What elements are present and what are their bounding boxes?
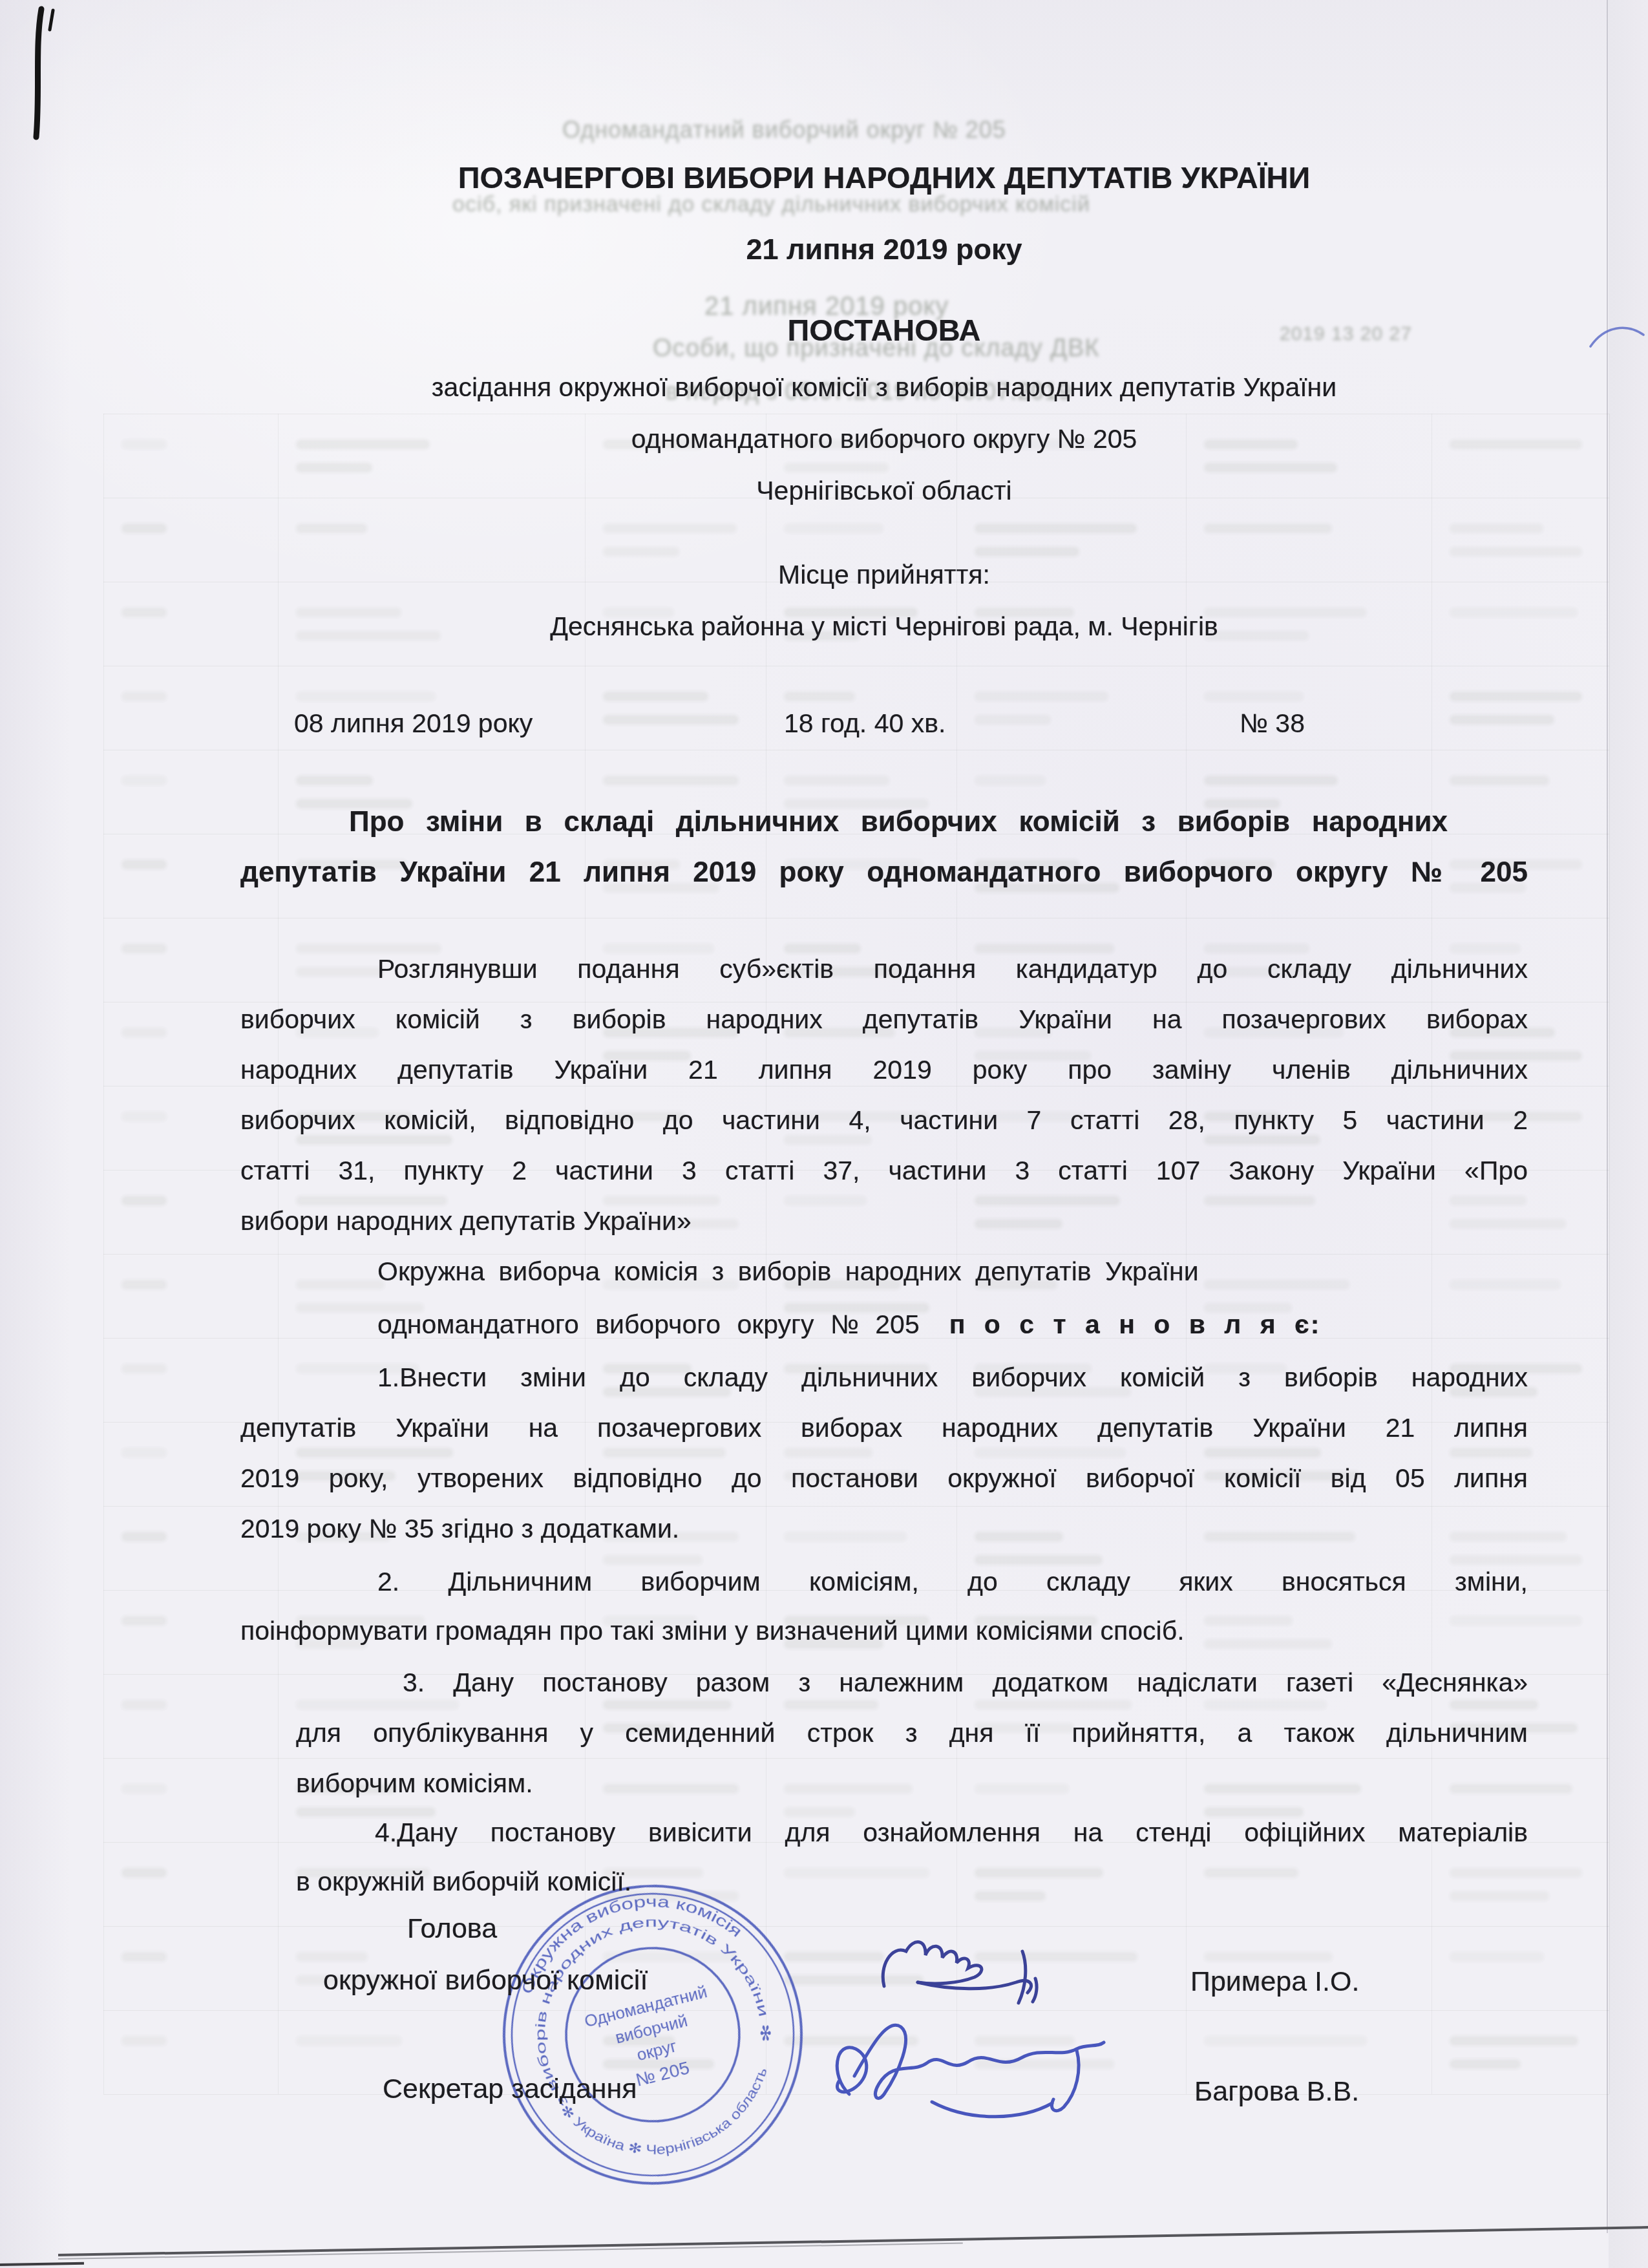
bleedthrough-smudge	[121, 1700, 167, 1710]
bleedthrough-smudge	[1204, 1135, 1320, 1145]
bleedthrough-smudge	[784, 524, 883, 533]
paper-bottom-edge	[58, 2226, 1648, 2256]
bleedthrough-smudge	[603, 524, 737, 533]
bleedthrough-smudge	[1450, 1952, 1544, 1962]
body-line: депутатів України на позачергових вибора…	[240, 1413, 1528, 1444]
bleedthrough-smudge	[603, 944, 714, 953]
bleedthrough-smudge	[975, 944, 1114, 953]
bleedthrough-smudge	[784, 692, 855, 701]
secretary-signature	[816, 1998, 1152, 2128]
bleedthrough-smudge	[1450, 2036, 1578, 2046]
meeting-time: 18 год. 40 хв.	[784, 708, 945, 739]
bleedthrough-smudge	[1450, 2059, 1521, 2069]
bleedthrough-smudge	[1204, 1807, 1304, 1817]
bleedthrough-smudge	[121, 524, 167, 533]
bleedthrough-smudge	[1450, 1448, 1532, 1457]
bleedthrough-smudge	[784, 1196, 867, 1205]
body-line: народних депутатів України 21 липня 2019…	[240, 1055, 1528, 1086]
bleedthrough-row-line	[103, 1758, 1609, 1759]
bleedthrough-smudge	[784, 463, 889, 472]
bleedthrough-smudge	[975, 776, 1046, 785]
bleedthrough-smudge	[121, 860, 167, 869]
bleedthrough-row-line	[103, 1086, 1609, 1086]
bleedthrough-smudge	[296, 944, 441, 953]
bleedthrough-column-line	[278, 414, 279, 2094]
bleedthrough-smudge	[784, 776, 889, 785]
bleedthrough-row-line	[103, 1506, 1609, 1507]
session-line-1: засідання окружної виборчої комісії з ви…	[240, 372, 1528, 403]
body-line: вибори народних депутатів України»	[240, 1206, 1528, 1237]
bleedthrough-row-line	[103, 1926, 1609, 1927]
ink-mark-top-left	[25, 5, 70, 144]
body-line: 2019 року, утворених відповідно до поста…	[240, 1463, 1528, 1494]
bleedthrough-smudge	[1450, 547, 1582, 556]
subject-line-2: депутатів України 21 липня 2019 року одн…	[240, 856, 1528, 889]
body-line: виборчим комісіям.	[296, 1768, 1528, 1799]
bleedthrough-smudge	[121, 944, 167, 953]
bleedthrough-smudge	[1204, 692, 1304, 701]
head-name: Примера І.О.	[1190, 1966, 1359, 1998]
bleedthrough-row-line	[103, 1254, 1609, 1255]
place-label: Місце прийняття:	[240, 560, 1528, 591]
bleedthrough-row-line	[103, 1002, 1609, 1002]
bleedthrough-smudge	[784, 1700, 878, 1710]
bleedthrough-smudge	[1450, 1700, 1538, 1710]
bleedthrough-smudge	[296, 1448, 453, 1457]
bleedthrough-smudge	[296, 1952, 368, 1962]
body-line: виборчих комісій з виборів народних депу…	[240, 1004, 1528, 1035]
bleedthrough-smudge	[784, 1135, 872, 1145]
document-number: № 38	[1240, 708, 1305, 739]
bleedthrough-smudge	[296, 1807, 436, 1817]
bleedthrough-smudge	[603, 1448, 726, 1457]
bleedthrough-smudge	[121, 1028, 167, 1037]
bleedthrough-smudge	[1450, 1555, 1582, 1565]
bleedthrough-smudge	[975, 1555, 1103, 1565]
bleedthrough-smudge	[1450, 524, 1543, 533]
bleedthrough-smudge	[975, 715, 1051, 725]
bleedthrough-smudge	[1204, 1952, 1333, 1962]
secretary-name: Багрова В.В.	[1194, 2076, 1359, 2108]
bleedthrough-row-line	[103, 666, 1609, 666]
bleedthrough-smudge	[603, 715, 739, 725]
head-label-line1: Голова	[407, 1913, 497, 1945]
body-line: 1.Внести зміни до складу дільничних вибо…	[240, 1362, 1528, 1394]
document-title: ПОЗАЧЕРГОВІ ВИБОРИ НАРОДНИХ ДЕПУТАТІВ УК…	[240, 160, 1528, 196]
body-line: 2. Дільничним виборчим комісіям, до скла…	[240, 1567, 1528, 1598]
bleedthrough-smudge	[603, 1700, 732, 1710]
bleedthrough-column-line	[103, 414, 104, 2094]
bleedthrough-smudge	[121, 1616, 167, 1626]
bleedthrough-smudge	[121, 1784, 167, 1794]
bleedthrough-row-line	[103, 414, 1609, 414]
bleedthrough-smudge	[603, 1196, 720, 1205]
body-line: статті 31, пункту 2 частини 3 статті 37,…	[240, 1156, 1528, 1187]
body-line: 2019 року № 35 згідно з додатками.	[240, 1514, 1528, 1545]
bleedthrough-smudge	[975, 1700, 1132, 1710]
bleedthrough-smudge	[975, 1448, 1126, 1457]
bleedthrough-smudge	[1204, 944, 1309, 953]
session-line-3: Чернігівської області	[240, 476, 1528, 507]
body-line: Розглянувши подання суб»єктів подання ка…	[240, 954, 1528, 985]
scanned-document-page: Одномандатний виборчий округ № 205 осіб,…	[0, 0, 1648, 2268]
bleedthrough-smudge	[296, 524, 367, 533]
bleedthrough-smudge	[121, 776, 167, 785]
bleedthrough-line: Одномандатний виборчий округ № 205	[562, 116, 1006, 143]
body-line: в окружній виборчій комісії.	[296, 1867, 1528, 1898]
resolution-formula-bold: п о с т а н о в л я є:	[949, 1309, 1321, 1339]
bleedthrough-smudge	[1204, 1700, 1327, 1710]
bleedthrough-smudge	[1450, 776, 1549, 785]
body-line: 3. Дану постанову разом з належним додат…	[296, 1668, 1528, 1699]
secretary-label: Секретар засідання	[383, 2073, 637, 2106]
bleedthrough-smudge	[296, 2036, 402, 2046]
bleedthrough-smudge	[975, 692, 1108, 701]
bleedthrough-line: осіб, які призначені до складу дільнични…	[452, 192, 1090, 217]
bleedthrough-smudge	[121, 1196, 167, 1205]
bleedthrough-smudge	[784, 944, 861, 953]
session-line-2: одномандатного виборчого округу № 205	[240, 424, 1528, 455]
place-value: Деснянська районна у місті Чернігові рад…	[240, 611, 1528, 642]
bleedthrough-smudge	[784, 1448, 872, 1457]
bleedthrough-smudge	[975, 547, 1079, 556]
bleedthrough-smudge	[784, 1807, 855, 1817]
bleedthrough-smudge	[121, 608, 167, 617]
resolution-formula-plain: одномандатного виборчого округу № 205	[377, 1309, 920, 1339]
bleedthrough-smudge	[121, 692, 167, 701]
bleedthrough-smudge	[121, 2036, 167, 2046]
body-line: поінформувати громадян про такі зміни у …	[240, 1616, 1528, 1647]
bleedthrough-smudge	[121, 1280, 167, 1289]
bleedthrough-smudge	[1204, 1196, 1315, 1205]
bleedthrough-row-line	[103, 918, 1609, 918]
resolution-formula-line: одномандатного виборчого округу № 205п о…	[240, 1309, 1528, 1341]
body-line: виборчих комісій, відповідно до частини …	[240, 1105, 1528, 1136]
bleedthrough-column-line	[1609, 414, 1610, 2094]
bleedthrough-smudge	[1204, 776, 1338, 785]
bleedthrough-smudge	[1204, 524, 1332, 533]
bleedthrough-row-line	[103, 750, 1609, 750]
body-line: Окружна виборча комісія з виборів народн…	[240, 1256, 1528, 1288]
bleedthrough-smudge	[1450, 944, 1521, 953]
bleedthrough-smudge	[121, 1952, 167, 1962]
bleedthrough-smudge	[121, 1532, 167, 1542]
bleedthrough-smudge	[603, 692, 708, 701]
bleedthrough-smudge	[121, 1364, 167, 1373]
bleedthrough-smudge	[1204, 1448, 1321, 1457]
bleedthrough-smudge	[296, 1700, 459, 1710]
bleedthrough-smudge	[975, 524, 1137, 533]
bleedthrough-smudge	[603, 776, 739, 785]
bleedthrough-smudge	[121, 1448, 167, 1457]
bleedthrough-smudge	[975, 1196, 1120, 1205]
bleedthrough-smudge	[603, 1555, 703, 1565]
bleedthrough-smudge	[603, 547, 679, 556]
bleedthrough-smudge	[121, 1112, 167, 1121]
bleedthrough-smudge	[296, 463, 372, 472]
meeting-date: 08 липня 2019 року	[294, 708, 533, 739]
body-line: 4.Дану постанову вивісити для ознайомлен…	[296, 1818, 1528, 1849]
body-line: для опублікування у семиденний строк з д…	[296, 1718, 1528, 1749]
bleedthrough-smudge	[1450, 715, 1554, 725]
bleedthrough-smudge	[1450, 1196, 1527, 1205]
head-label-line2: окружної виборчої комісії	[323, 1965, 648, 1997]
bleedthrough-smudge	[121, 440, 167, 449]
paper-bottom-corner-line	[0, 2262, 84, 2266]
subject-line-1: Про зміни в складі дільничних виборчих к…	[349, 805, 1448, 838]
bleedthrough-smudge	[296, 692, 436, 701]
pen-arc-mark-top-right	[1587, 318, 1648, 358]
bleedthrough-smudge	[1450, 692, 1582, 701]
bleedthrough-smudge	[296, 776, 373, 785]
bleedthrough-smudge	[1204, 463, 1337, 472]
election-date: 21 липня 2019 року	[240, 233, 1528, 266]
bleedthrough-smudge	[1204, 2036, 1367, 2046]
bleedthrough-smudge	[296, 1135, 452, 1145]
document-type: ПОСТАНОВА	[240, 313, 1528, 348]
bleedthrough-smudge	[296, 1196, 447, 1205]
bleedthrough-smudge	[121, 1868, 167, 1878]
